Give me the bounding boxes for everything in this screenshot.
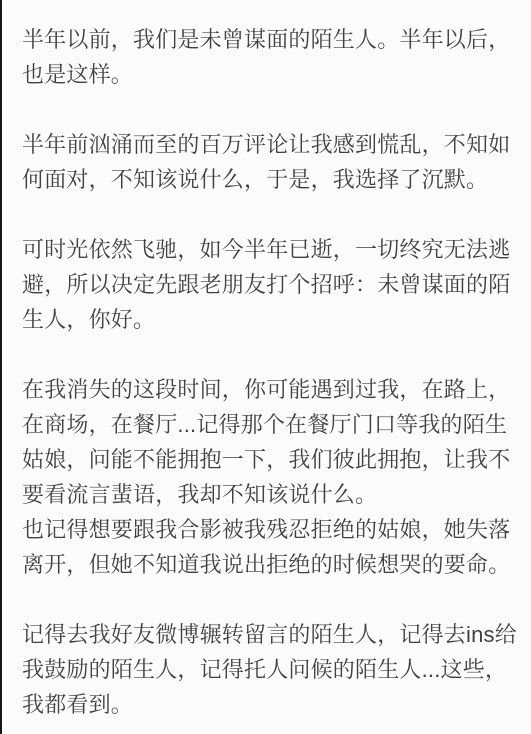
- text-line: 可时光依然飞驰，如今半年已逝，一切终究无法逃: [22, 232, 516, 267]
- text-line: 离开，但她不知道我说出拒绝的时候想哭的要命。: [22, 547, 516, 582]
- paragraph: 记得去我好友微博辗转留言的陌生人，记得去ins给 我鼓励的陌生人，记得托人问候的…: [22, 617, 516, 722]
- text-line: 也是这样。: [22, 57, 516, 92]
- text-line: 姑娘，问能不能拥抱一下，我们彼此拥抱，让我不: [22, 442, 516, 477]
- text-line: 何面对，不知该说什么，于是，我选择了沉默。: [22, 162, 516, 197]
- text-line: 半年以前，我们是未曾谋面的陌生人。半年以后，: [22, 22, 516, 57]
- text-line: 我都看到。: [22, 687, 516, 722]
- text-line: 记得去我好友微博辗转留言的陌生人，记得去ins给: [22, 617, 516, 652]
- paragraph: 在我消失的这段时间，你可能遇到过我，在路上， 在商场，在餐厅...记得那个在餐厅…: [22, 372, 516, 582]
- document-page: 半年以前，我们是未曾谋面的陌生人。半年以后， 也是这样。 半年前汹涌而至的百万评…: [0, 0, 531, 734]
- text-line: 避，所以决定先跟老朋友打个招呼：未曾谋面的陌: [22, 267, 516, 302]
- paragraph: 半年以前，我们是未曾谋面的陌生人。半年以后， 也是这样。: [22, 22, 516, 92]
- article-body: 半年以前，我们是未曾谋面的陌生人。半年以后， 也是这样。 半年前汹涌而至的百万评…: [0, 0, 531, 734]
- text-line: 我鼓励的陌生人，记得托人问候的陌生人...这些，: [22, 652, 516, 687]
- text-line: 生人，你好。: [22, 302, 516, 337]
- paragraph: 可时光依然飞驰，如今半年已逝，一切终究无法逃 避，所以决定先跟老朋友打个招呼：未…: [22, 232, 516, 337]
- text-line: 也记得想要跟我合影被我残忍拒绝的姑娘，她失落: [22, 512, 516, 547]
- text-line: 要看流言蜚语，我却不知该说什么。: [22, 477, 516, 512]
- text-line: 半年前汹涌而至的百万评论让我感到慌乱，不知如: [22, 127, 516, 162]
- text-line: 在商场，在餐厅...记得那个在餐厅门口等我的陌生: [22, 407, 516, 442]
- text-line: 在我消失的这段时间，你可能遇到过我，在路上，: [22, 372, 516, 407]
- paragraph: 半年前汹涌而至的百万评论让我感到慌乱，不知如 何面对，不知该说什么，于是，我选择…: [22, 127, 516, 197]
